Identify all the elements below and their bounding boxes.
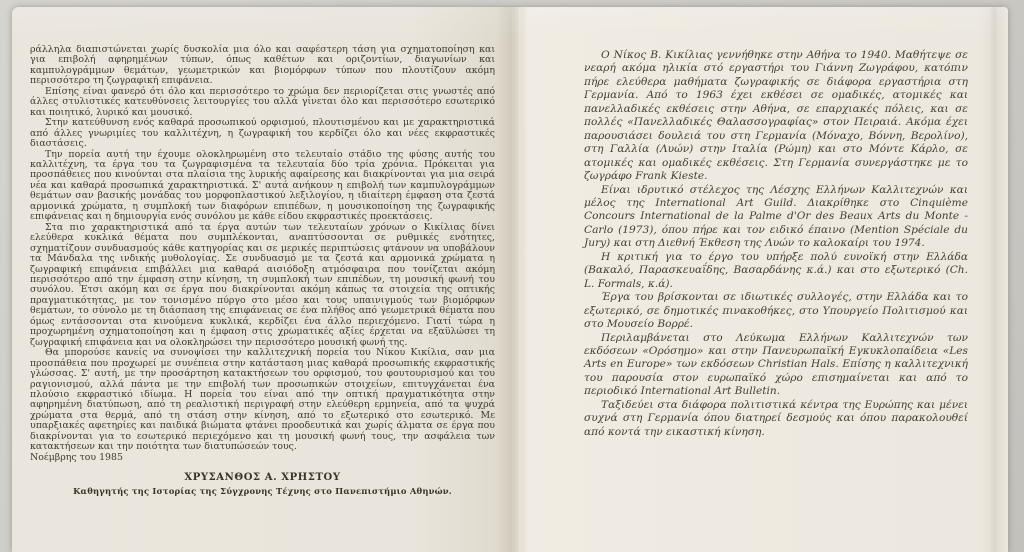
bio-paragraph: Έργα του βρίσκονται σε ιδιωτικές συλλογέ…	[584, 291, 968, 331]
open-book-sheet: ράλληλα διαπιστώνεται χωρίς δυσκολία μια…	[12, 7, 1008, 552]
bio-paragraph: Είναι ιδρυτικό στέλεχος της Λέσχης Ελλήν…	[584, 184, 968, 251]
essay-paragraph: Επίσης είναι φανερό ότι όλο και περισσότ…	[30, 87, 495, 118]
bio-paragraph: Περιλαμβάνεται στο Λεύκωμα Ελλήνων Καλλι…	[584, 332, 968, 399]
bio-paragraph: Ο Νίκος Β. Κικίλιας γεννήθηκε στην Αθήνα…	[584, 49, 968, 184]
bio-paragraph: Ταξιδεύει στα διάφορα πολιτιστικά κέντρα…	[584, 399, 968, 439]
author-name: ΧΡΥΣΑΝΘΟΣ Α. ΧΡΗΣΤΟΥ	[30, 473, 495, 483]
essay-paragraph: Την πορεία αυτή την έχουμε ολοκληρωμένη …	[30, 150, 495, 223]
author-title: Καθηγητής της Ιστορίας της Σύγχρονης Τέχ…	[30, 486, 495, 496]
essay-paragraph: Θα μπορούσε κανείς να συνοψίσει την καλλ…	[30, 348, 495, 453]
page-edge-shade	[990, 7, 998, 552]
right-page-text: Ο Νίκος Β. Κικίλιας γεννήθηκε στην Αθήνα…	[584, 49, 968, 439]
gutter-fold	[519, 7, 522, 552]
left-page-text: ράλληλα διαπιστώνεται χωρίς δυσκολία μια…	[30, 45, 495, 496]
bio-paragraph: Η κριτική για το έργο του υπήρξε πολύ ευ…	[584, 251, 968, 291]
signature-block: ΧΡΥΣΑΝΘΟΣ Α. ΧΡΗΣΤΟΥ Καθηγητής της Ιστορ…	[30, 473, 495, 496]
book-spread-scan: ράλληλα διαπιστώνεται χωρίς δυσκολία μια…	[0, 0, 1024, 552]
date-line: Νοέμβρης του 1985	[30, 453, 495, 463]
essay-paragraph: Στα πιο χαρακτηριστικά από τα έργα αυτών…	[30, 223, 495, 348]
essay-paragraph: ράλληλα διαπιστώνεται χωρίς δυσκολία μια…	[30, 45, 495, 87]
essay-paragraph: Στην κατεύθυνση ενός καθαρά προσωπικού ο…	[30, 118, 495, 149]
